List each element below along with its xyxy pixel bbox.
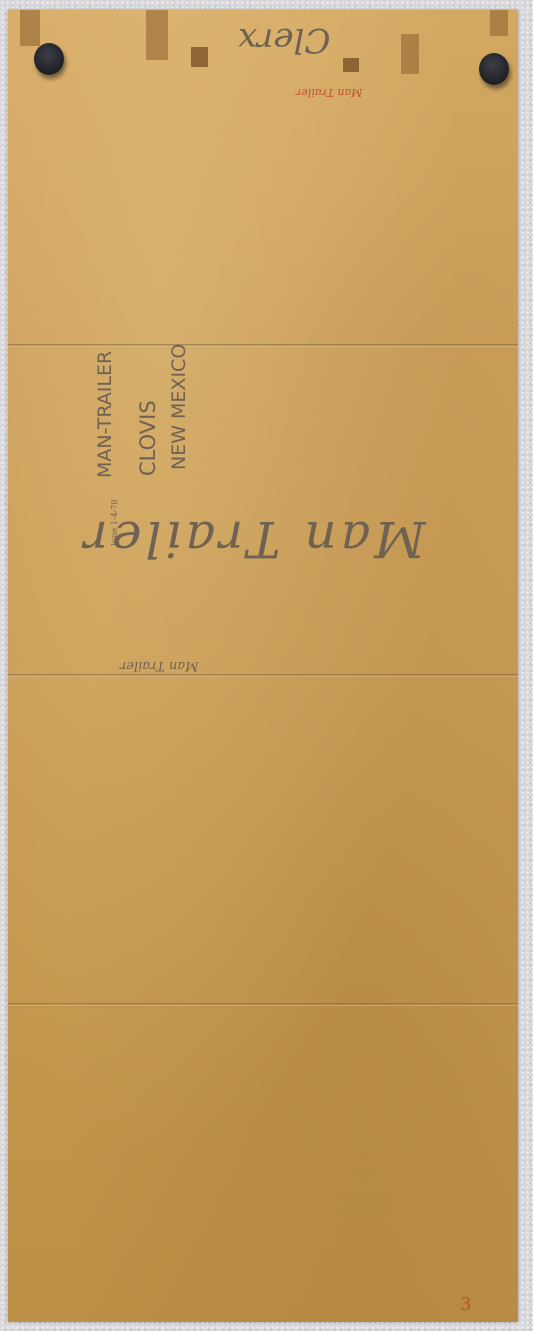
red-inscription: Man Trailer [296,86,362,99]
tape-mark [146,10,168,60]
vertical-inscription-1: MAN-TRAILER [94,351,116,478]
large-signature: Man Trailer [80,510,426,568]
tape-mark [191,47,208,67]
fold-line [8,674,518,677]
fold-line [8,344,518,347]
small-signature: Man Trailer [120,658,198,673]
left-magnet [34,43,64,75]
tape-mark [490,10,508,36]
fold-line [8,1003,518,1006]
poster-back: Clerx Man Trailer MAN-TRAILER CLOVIS NEW… [8,10,518,1322]
top-scribble: Clerx [238,20,330,60]
tape-mark [20,10,40,46]
tape-mark [343,58,359,72]
vertical-inscription-3: NEW MEXICO [168,344,190,470]
right-magnet [479,53,509,85]
vertical-inscription-2: CLOVIS [136,400,160,476]
tape-mark [401,34,419,74]
corner-number: 3 [460,1294,471,1315]
